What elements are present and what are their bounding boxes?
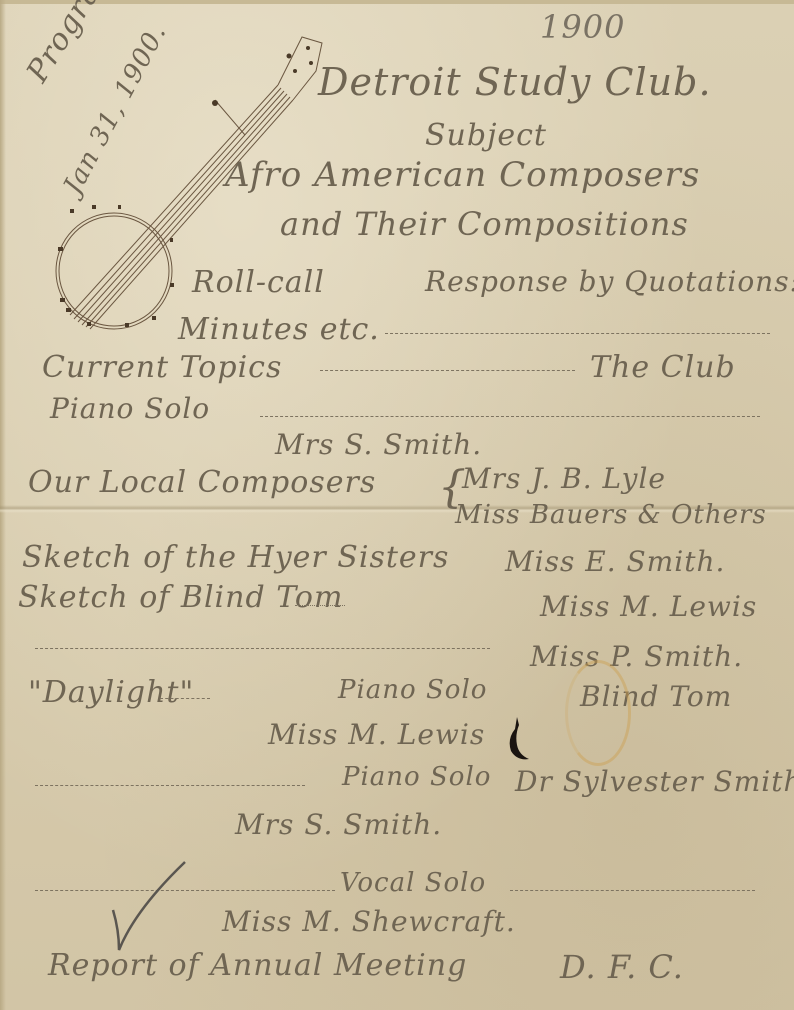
detail-piano-solo-2: Piano Solo [338, 675, 487, 705]
item-roll-call: Roll-call [192, 265, 325, 300]
year-note: 1900 [540, 8, 625, 46]
item-blind-tom-sketch: Sketch of Blind Tom [18, 580, 343, 615]
ink-blot-icon [505, 715, 535, 765]
leader-dashes [160, 698, 210, 699]
leader-dashes [35, 785, 305, 786]
performer-miss-bauers-others: Miss Bauers & Others [455, 500, 767, 530]
item-minutes: Minutes etc. [178, 312, 380, 347]
club-title: Detroit Study Club. [318, 60, 712, 104]
coffee-stain-mark [565, 660, 631, 766]
leader-dashes [35, 648, 490, 649]
document-page: Program Jan 31, 1900. 1900 Detroit Study… [0, 0, 794, 1010]
checkmark-icon [105, 860, 195, 955]
performer-the-club: The Club [590, 350, 736, 385]
performer-mrs-s-smith-1: Mrs S. Smith. [275, 428, 482, 461]
subject-line-2: and Their Compositions [280, 205, 689, 243]
leader-dashes [260, 416, 760, 417]
subject-label: Subject [425, 118, 547, 153]
page-top-edge [0, 0, 794, 4]
performer-mrs-j-b-lyle: Mrs J. B. Lyle [462, 462, 666, 495]
item-hyer-sisters: Sketch of the Hyer Sisters [22, 540, 449, 575]
item-local-composers: Our Local Composers [28, 465, 376, 500]
leader-dashes [295, 605, 345, 606]
performer-miss-m-lewis-1: Miss M. Lewis [540, 590, 757, 623]
performer-dfc: D. F. C. [560, 948, 684, 986]
detail-vocal-solo: Vocal Solo [340, 868, 486, 898]
performer-miss-e-smith: Miss E. Smith. [505, 545, 725, 578]
leader-dashes [385, 333, 770, 334]
performer-miss-m-lewis-2: Miss M. Lewis [268, 718, 485, 751]
leader-dashes [510, 890, 755, 891]
performer-miss-p-smith: Miss P. Smith. [530, 640, 743, 673]
leader-dashes [320, 370, 575, 371]
item-current-topics: Current Topics [42, 350, 282, 385]
performer-mrs-s-smith-2: Mrs S. Smith. [235, 808, 442, 841]
item-roll-call-response: Response by Quotations: [425, 265, 794, 298]
detail-piano-solo-3: Piano Solo [342, 762, 491, 792]
item-piano-solo-1: Piano Solo [50, 392, 210, 425]
performer-miss-m-shewcraft: Miss M. Shewcraft. [222, 905, 516, 938]
subject-line-1: Afro American Composers [225, 155, 700, 195]
item-daylight: "Daylight" [28, 675, 194, 710]
composer-dr-sylvester-smith: Dr Sylvester Smith. [515, 765, 794, 798]
